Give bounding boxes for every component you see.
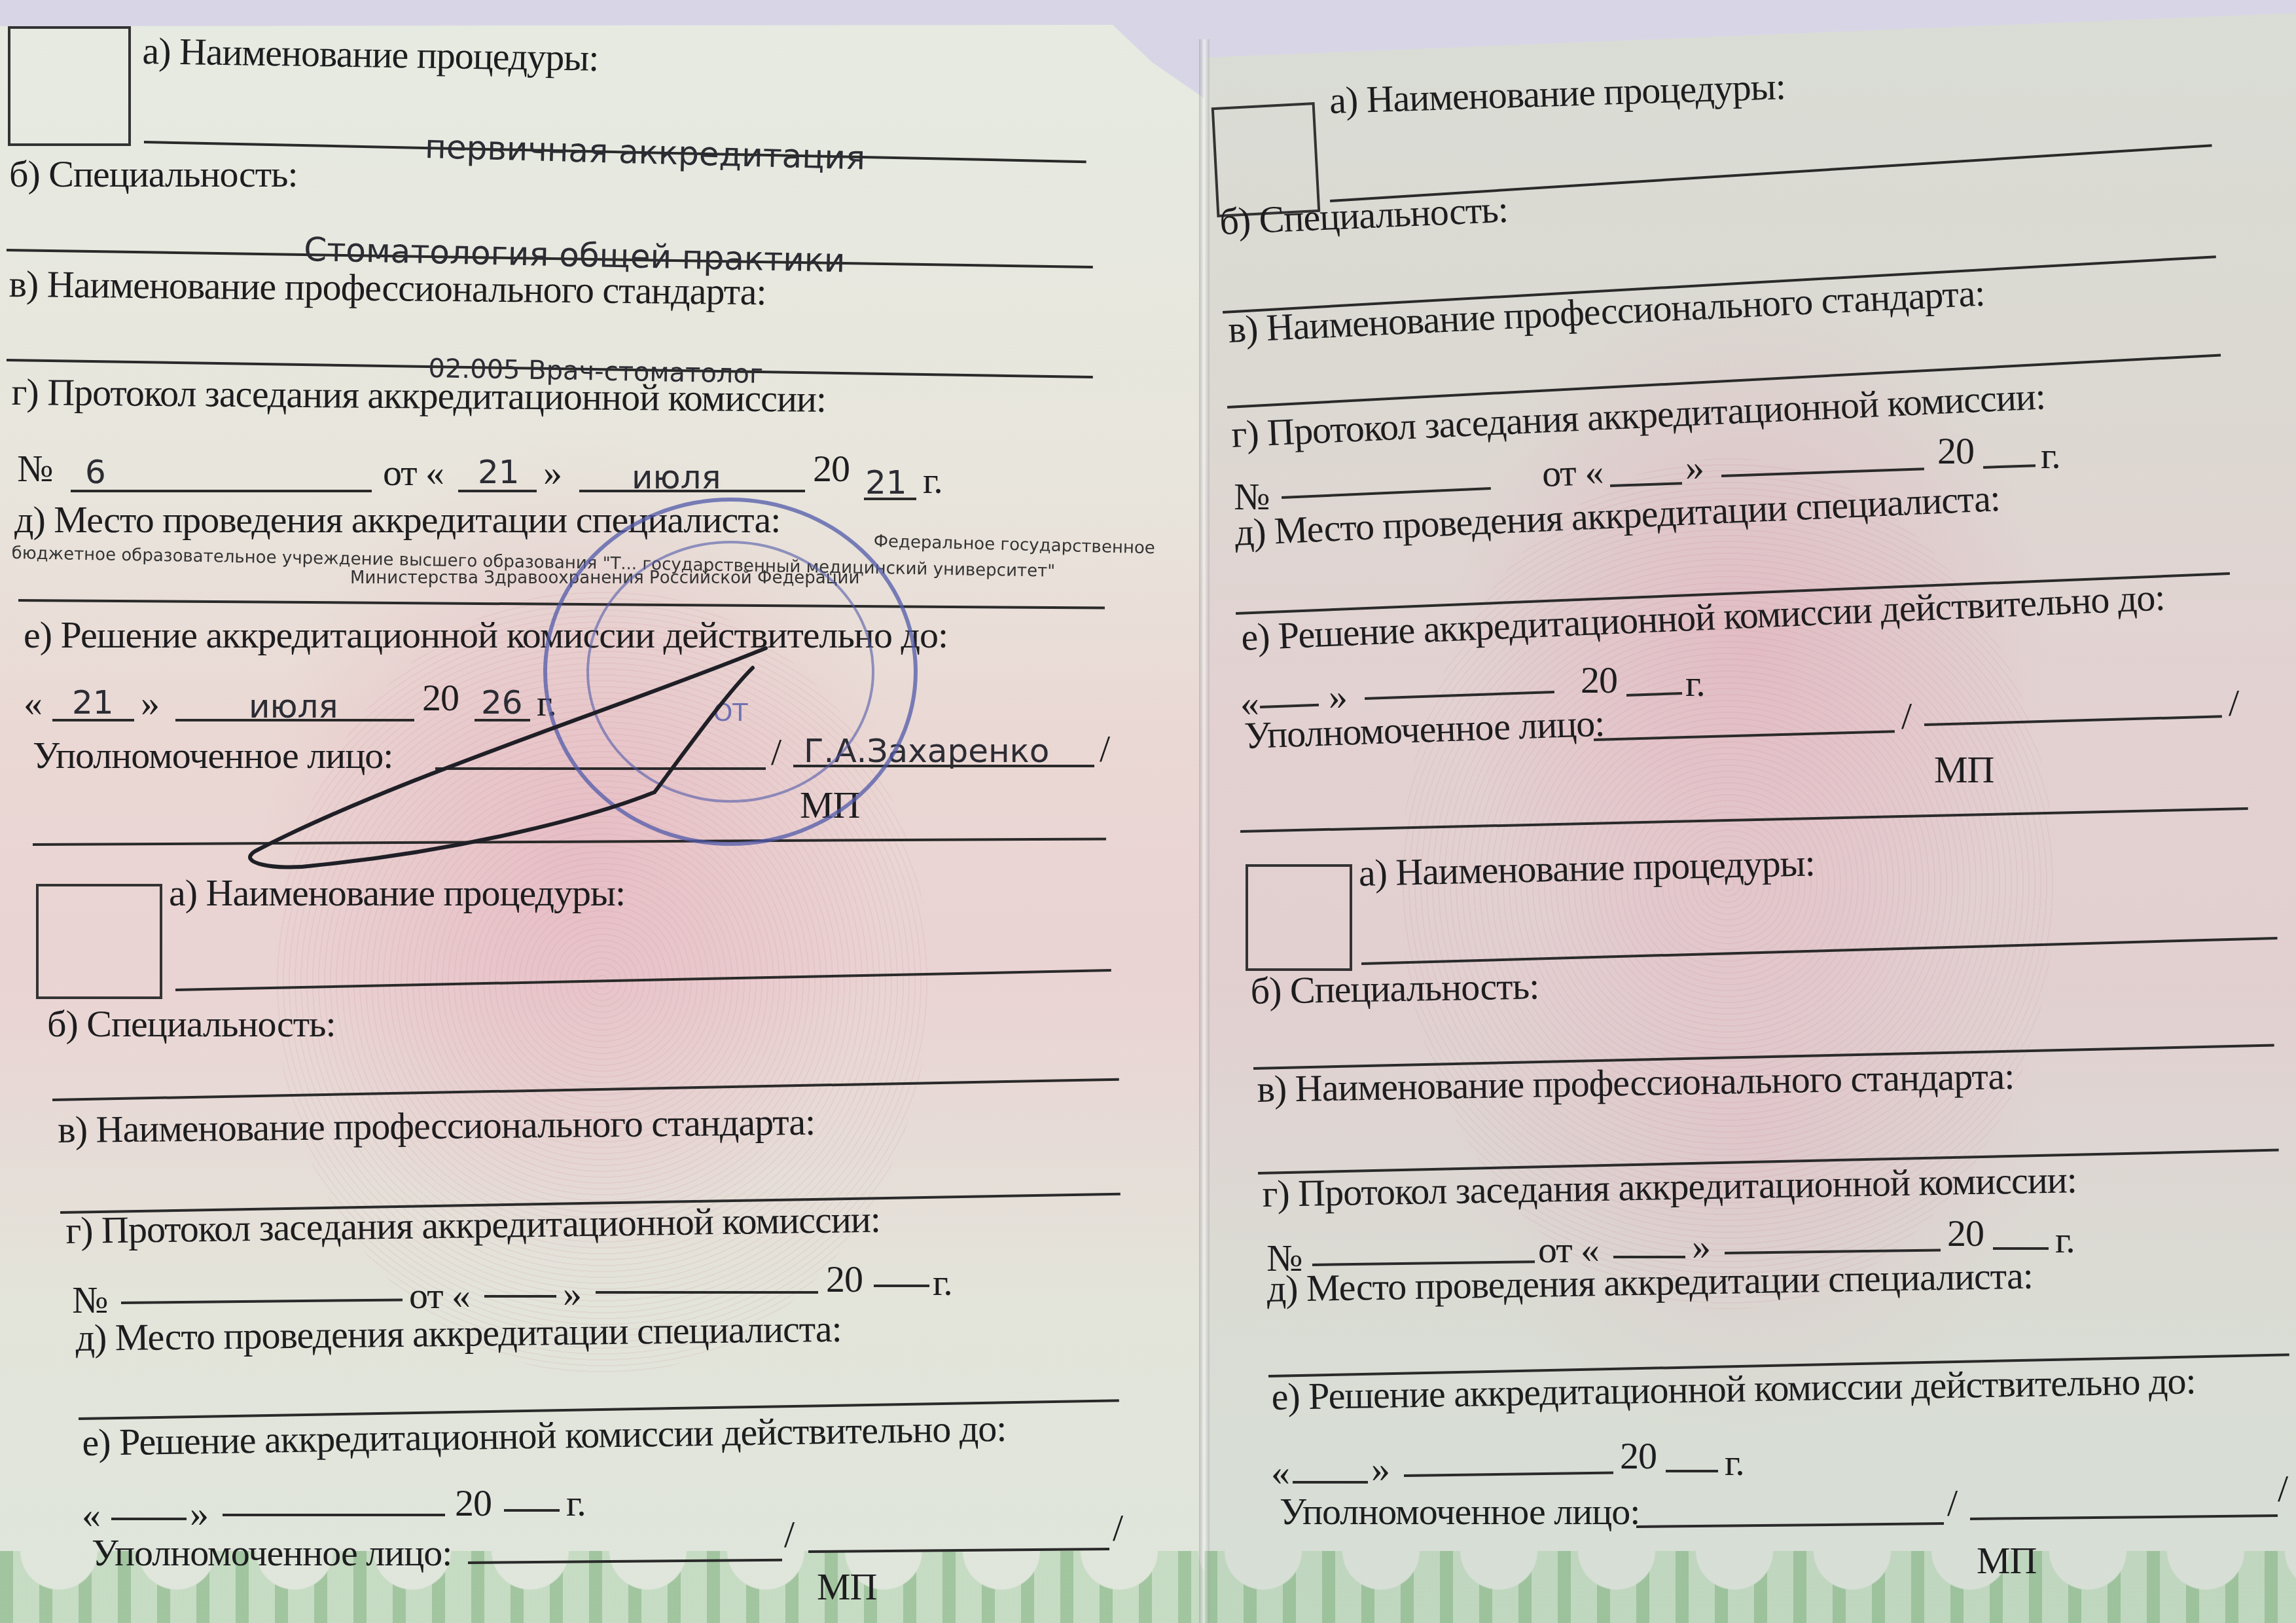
- protocol-year-line: [1993, 1247, 2049, 1250]
- protocol-number-line: [71, 490, 372, 492]
- specialty-label: б) Специальность:: [9, 152, 298, 196]
- validity-century: 20: [455, 1481, 492, 1525]
- specialty-label: б) Специальность:: [1250, 964, 1539, 1013]
- authorized-label: Уполномоченное лицо:: [92, 1531, 452, 1575]
- entry-checkbox: [36, 884, 162, 999]
- entry-checkbox: [1246, 864, 1352, 971]
- validity-year-suffix: г.: [1725, 1440, 1744, 1484]
- protocol-day-line: [1613, 1256, 1685, 1258]
- authorized-slash: /: [784, 1512, 794, 1556]
- protocol-day-close: »: [563, 1271, 581, 1315]
- authorized-slash-end: /: [2278, 1467, 2287, 1510]
- authorized-slash-end: /: [2229, 681, 2238, 725]
- validity-century: 20: [1581, 658, 1617, 702]
- validity-year-value: 26: [481, 684, 523, 721]
- specialty-label: б) Специальность:: [47, 1002, 336, 1046]
- protocol-number-label: №: [17, 447, 52, 490]
- stamp-center-text: ОТ: [713, 698, 747, 727]
- protocol-month-line: [596, 1291, 818, 1294]
- validity-year-suffix: г.: [566, 1481, 586, 1525]
- authorized-slash-end: /: [1113, 1506, 1122, 1550]
- protocol-year-suffix: г.: [923, 458, 942, 502]
- procedure-label: а) Наименование процедуры:: [142, 29, 599, 80]
- seal-place-label: МП: [817, 1565, 876, 1609]
- protocol-label: г) Протокол заседания аккредитационной к…: [11, 370, 826, 421]
- validity-century: 20: [1620, 1434, 1657, 1478]
- protocol-day-close: »: [543, 450, 562, 494]
- validity-day-value: 21: [72, 684, 114, 721]
- place-label: д) Место проведения аккредитации специал…: [75, 1307, 842, 1360]
- validity-month-line: [223, 1514, 445, 1516]
- protocol-year-line: [874, 1285, 929, 1287]
- protocol-year-suffix: г.: [2041, 433, 2060, 477]
- official-stamp: ОТ: [543, 498, 918, 846]
- seal-place-label: МП: [1934, 748, 1994, 792]
- protocol-day-line: [484, 1295, 556, 1298]
- protocol-number-value: 6: [85, 453, 106, 491]
- decorative-border: [1204, 1551, 2296, 1623]
- protocol-century: 20: [826, 1257, 863, 1301]
- validity-close-quote: »: [1371, 1447, 1390, 1491]
- procedure-label: а) Наименование процедуры:: [169, 871, 625, 915]
- validity-open-quote: «: [24, 681, 42, 725]
- protocol-day-close: »: [1685, 445, 1704, 489]
- protocol-from-label: от «: [383, 450, 444, 494]
- protocol-century: 20: [1947, 1211, 1984, 1255]
- page-fold: [1199, 39, 1210, 1623]
- validity-open-quote: «: [1271, 1450, 1289, 1494]
- protocol-year-value: 21: [865, 464, 907, 501]
- validity-year-line: [1666, 1470, 1718, 1472]
- seal-place-label: МП: [1977, 1539, 2036, 1582]
- authorized-label: Уполномоченное лицо:: [33, 733, 393, 777]
- protocol-century: 20: [813, 447, 850, 490]
- validity-day-line: [1293, 1481, 1368, 1484]
- protocol-month-value: июля: [632, 458, 721, 496]
- validity-month-value: июля: [249, 687, 338, 725]
- validity-close-quote: »: [190, 1491, 208, 1535]
- validity-year-line: [504, 1509, 560, 1512]
- protocol-century: 20: [1937, 429, 1974, 473]
- protocol-day-value: 21: [478, 453, 520, 491]
- authorized-slash: /: [1901, 694, 1911, 738]
- protocol-year-suffix: г.: [2055, 1218, 2075, 1262]
- protocol-year-suffix: г.: [933, 1260, 952, 1304]
- standard-label: в) Наименование профессионального станда…: [9, 262, 766, 314]
- entry-checkbox: [8, 26, 131, 146]
- protocol-from-label: от «: [1541, 450, 1604, 496]
- validity-year-suffix: г.: [1685, 661, 1705, 705]
- standard-label: в) Наименование профессионального станда…: [58, 1100, 816, 1152]
- validity-close-quote: »: [141, 681, 159, 725]
- validity-century: 20: [422, 676, 459, 720]
- authorized-label: Уполномоченное лицо:: [1280, 1489, 1640, 1533]
- validity-day-line: [111, 1518, 187, 1520]
- validity-open-quote: «: [82, 1493, 100, 1537]
- authorized-slash-end: /: [1100, 727, 1109, 771]
- authorized-slash: /: [1947, 1481, 1957, 1525]
